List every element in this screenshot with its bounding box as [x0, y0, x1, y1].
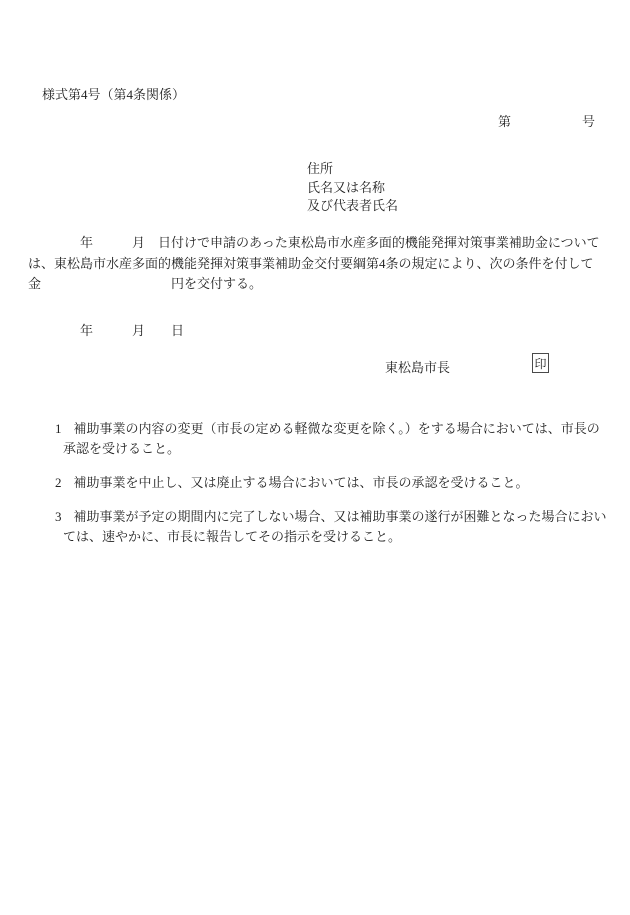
- form-number-label: 様式第4号（第4条関係）: [42, 84, 185, 103]
- grant-body-line-3: 金 円を交付する。: [28, 274, 613, 295]
- condition-number-3: 3: [55, 509, 62, 524]
- document-number-suffix: 号: [582, 111, 595, 130]
- condition-text-3: 補助事業が予定の期間内に完了しない場合、又は補助事業の遂行が困難となった場合にお…: [63, 509, 607, 544]
- document-number-line: 第 号: [498, 111, 595, 130]
- seal-mark: 印: [532, 353, 549, 373]
- grant-body-paragraph: 年 月 日付けで申請のあった東松島市水産多面的機能発揮対策事業補助金について は…: [28, 233, 613, 295]
- mayor-signature-title: 東松島市長: [385, 357, 450, 376]
- grant-body-line-1: 年 月 日付けで申請のあった東松島市水産多面的機能発揮対策事業補助金について: [28, 233, 613, 254]
- condition-item-2: 2補助事業を中止し、又は廃止する場合においては、市長の承認を受けること。: [63, 473, 612, 493]
- condition-item-3: 3補助事業が予定の期間内に完了しない場合、又は補助事業の遂行が困難となった場合に…: [63, 507, 612, 547]
- recipient-block: 住所 氏名又は名称 及び代表者氏名: [307, 160, 398, 216]
- condition-number-1: 1: [55, 421, 62, 436]
- condition-number-2: 2: [55, 475, 62, 490]
- condition-text-1: 補助事業の内容の変更（市長の定める軽微な変更を除く。）をする場合においては、市長…: [63, 421, 600, 456]
- recipient-representative-label: 及び代表者氏名: [307, 197, 398, 216]
- condition-text-2: 補助事業を中止し、又は廃止する場合においては、市長の承認を受けること。: [74, 475, 529, 490]
- document-number-prefix: 第: [498, 111, 511, 130]
- condition-item-1: 1補助事業の内容の変更（市長の定める軽微な変更を除く。）をする場合においては、市…: [63, 419, 612, 459]
- issue-date-line: 年 月 日: [28, 320, 184, 339]
- conditions-list: 1補助事業の内容の変更（市長の定める軽微な変更を除く。）をする場合においては、市…: [0, 419, 630, 561]
- grant-body-line-2: は、東松島市水産多面的機能発揮対策事業補助金交付要綱第4条の規定により、次の条件…: [28, 254, 613, 275]
- recipient-name-label: 氏名又は名称: [307, 179, 398, 198]
- recipient-address-label: 住所: [307, 160, 398, 179]
- document-page: 様式第4号（第4条関係） 第 号 住所 氏名又は名称 及び代表者氏名 年 月 日…: [0, 0, 630, 915]
